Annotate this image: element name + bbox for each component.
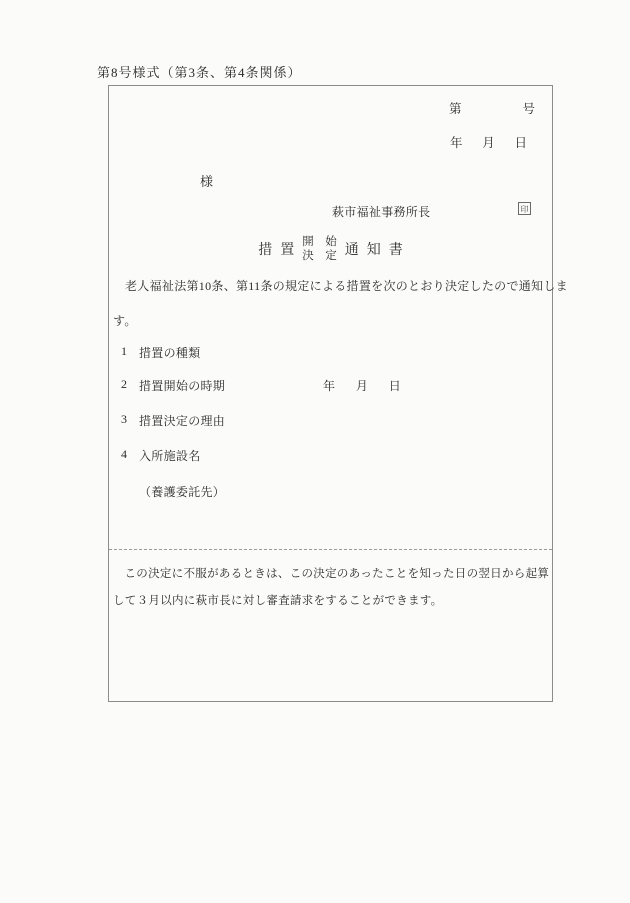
appeal-line1: この決定に不服があるときは、この決定のあったことを知った日の翌日から起算 [113, 561, 550, 588]
appeal-notice-paragraph: この決定に不服があるときは、この決定のあったことを知った日の翌日から起算 して３… [113, 561, 550, 615]
body-paragraph-line1: 老人福祉法第10条、第11条の規定による措置を次のとおり決定したので通知しま [113, 269, 550, 304]
item-2-date-placeholders: 年 月 日 [323, 377, 401, 394]
title-stacked-options: 開 始 決 定 [302, 235, 337, 263]
date-year-label: 年 [323, 377, 335, 394]
item-4-row: 4 入所施設名 [109, 447, 552, 465]
addressee-honorific: 様 [200, 171, 213, 190]
item-label: 措置の種類 [139, 344, 201, 361]
item-number: 3 [121, 412, 127, 427]
title-stack-top: 開 始 [302, 235, 337, 249]
item-label: 措置決定の理由 [139, 412, 225, 429]
title-stack-bottom: 決 定 [302, 249, 337, 263]
document-border-box: 第 号 年 月 日 様 萩市福祉事務所長 印 措 置 開 始 決 定 通 知 書… [108, 85, 553, 702]
item-number: 1 [121, 344, 127, 359]
document-date-row: 年 月 日 [450, 133, 527, 151]
document-number-row: 第 号 [449, 99, 535, 117]
title-char: 通 [345, 239, 359, 259]
document-page: 第8号様式（第3条、第4条関係） 第 号 年 月 日 様 萩市福祉事務所長 印 … [0, 0, 630, 903]
body-paragraph-line2: す。 [113, 304, 550, 339]
date-day-label: 日 [514, 133, 527, 151]
item-3-row: 3 措置決定の理由 [109, 412, 552, 430]
item-number: 4 [121, 447, 127, 462]
divider-dashed-line [109, 549, 552, 550]
item-2-row: 2 措置開始の時期 年 月 日 [109, 377, 552, 395]
doc-number-prefix: 第 [449, 99, 462, 117]
issuer-name: 萩市福祉事務所長 [332, 203, 430, 220]
title-char: 措 [258, 239, 272, 259]
seal-mark: 印 [518, 202, 531, 215]
title-char: 知 [367, 239, 381, 259]
item-number: 2 [121, 377, 127, 392]
sub-item-care-consignee: （養護委託先） [139, 483, 225, 500]
doc-number-suffix: 号 [522, 99, 535, 117]
title-char: 書 [389, 239, 403, 259]
date-year-label: 年 [450, 133, 463, 151]
item-label: 措置開始の時期 [139, 377, 225, 394]
date-day-label: 日 [389, 377, 401, 394]
date-month-label: 月 [482, 133, 495, 151]
body-paragraph: 老人福祉法第10条、第11条の規定による措置を次のとおり決定したので通知しま す… [113, 269, 550, 339]
appeal-line2: して３月以内に萩市長に対し審査請求をすることができます。 [113, 588, 550, 615]
title-char: 置 [280, 239, 294, 259]
document-title: 措 置 開 始 決 定 通 知 書 [109, 232, 552, 266]
form-number-label: 第8号様式（第3条、第4条関係） [97, 62, 302, 81]
item-label: 入所施設名 [139, 447, 201, 464]
item-1-row: 1 措置の種類 [109, 344, 552, 362]
date-month-label: 月 [356, 377, 368, 394]
